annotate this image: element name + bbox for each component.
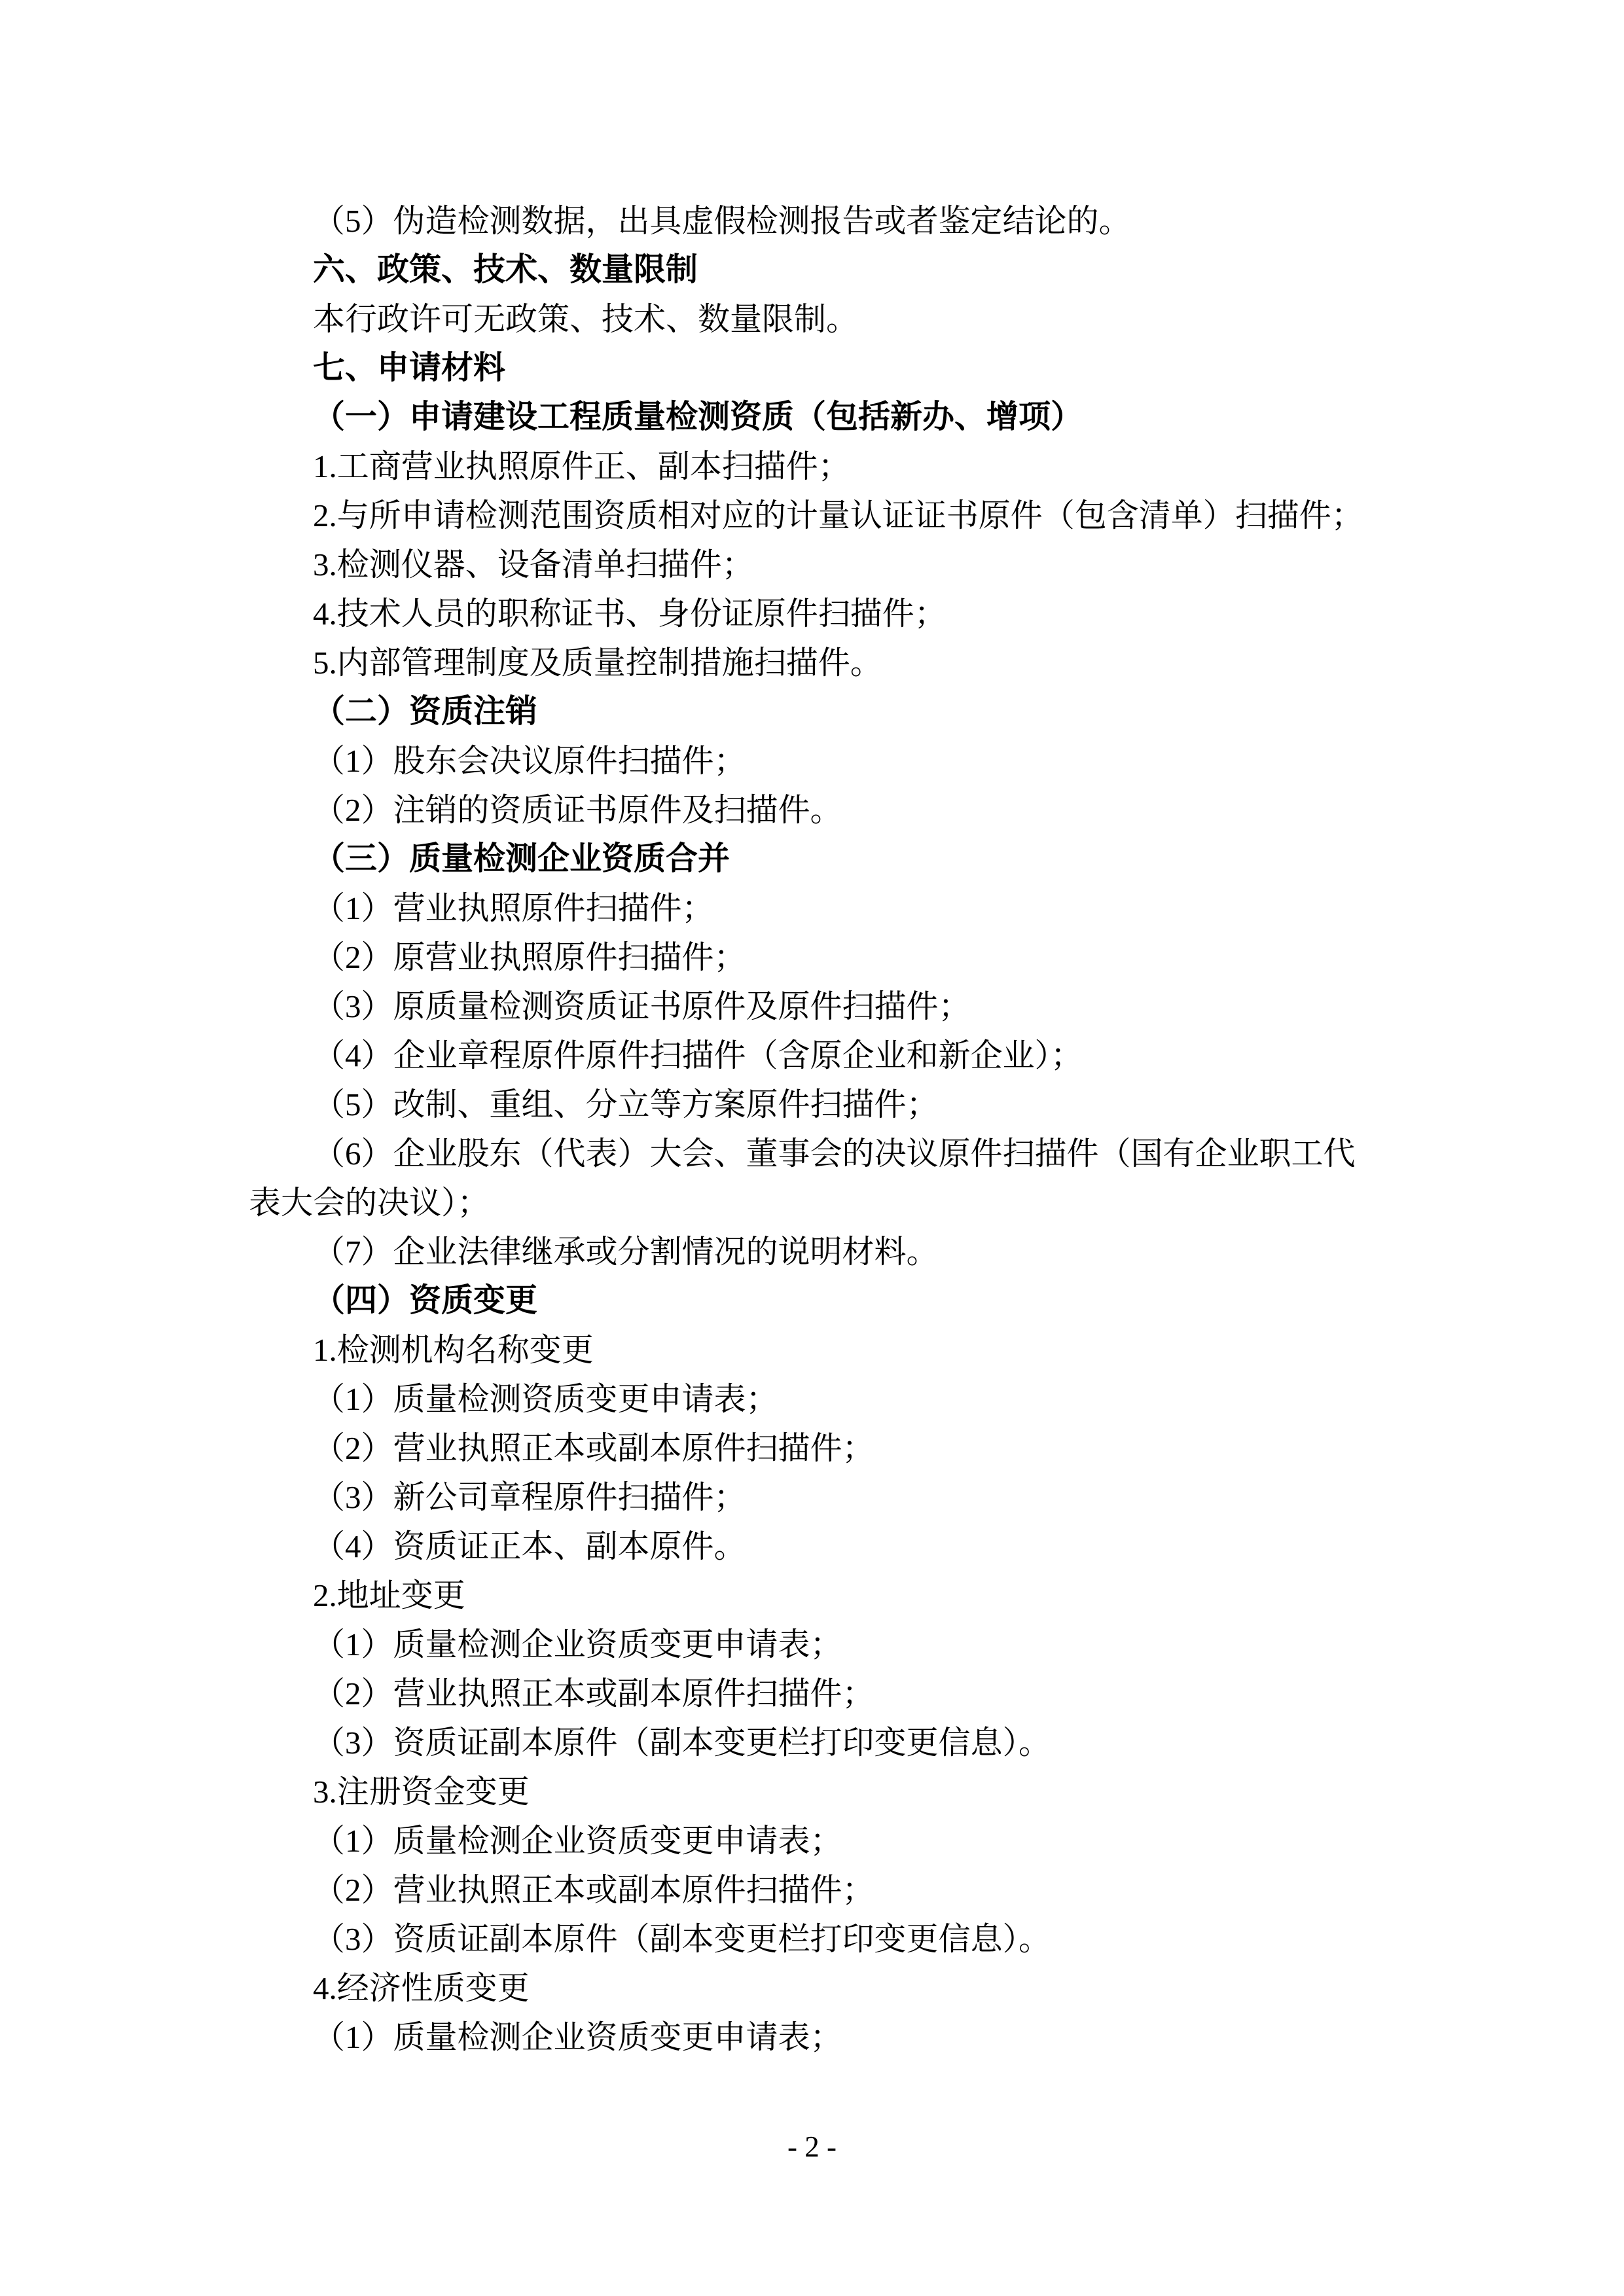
- heading-line: （二）资质注销: [249, 687, 1381, 736]
- paragraph-line: （2）营业执照正本或副本原件扫描件；: [249, 1865, 1381, 1914]
- paragraph-line: （3）原质量检测资质证书原件及原件扫描件；: [249, 982, 1381, 1031]
- heading-line: （三）质量检测企业资质合并: [249, 834, 1381, 884]
- paragraph-line: （1）质量检测资质变更申请表；: [249, 1374, 1381, 1424]
- paragraph-line: 表大会的决议）；: [249, 1178, 1381, 1227]
- paragraph-line: （5）伪造检测数据，出具虚假检测报告或者鉴定结论的。: [249, 196, 1381, 245]
- heading-line: （四）资质变更: [249, 1276, 1381, 1325]
- paragraph-line: 5.内部管理制度及质量控制措施扫描件。: [249, 638, 1381, 687]
- heading-line: 六、政策、技术、数量限制: [249, 245, 1381, 295]
- paragraph-line: （2）营业执照正本或副本原件扫描件；: [249, 1669, 1381, 1718]
- paragraph-line: （3）资质证副本原件（副本变更栏打印变更信息）。: [249, 1914, 1381, 1964]
- paragraph-line: （7）企业法律继承或分割情况的说明材料。: [249, 1227, 1381, 1276]
- document-body: （5）伪造检测数据，出具虚假检测报告或者鉴定结论的。六、政策、技术、数量限制本行…: [249, 196, 1381, 2062]
- paragraph-line: （2）营业执照正本或副本原件扫描件；: [249, 1424, 1381, 1473]
- paragraph-line: 本行政许可无政策、技术、数量限制。: [249, 295, 1381, 344]
- paragraph-line: （1）股东会决议原件扫描件；: [249, 736, 1381, 785]
- paragraph-line: （4）企业章程原件原件扫描件（含原企业和新企业）；: [249, 1031, 1381, 1080]
- paragraph-line: 1.检测机构名称变更: [249, 1325, 1381, 1374]
- paragraph-line: 1.工商营业执照原件正、副本扫描件；: [249, 442, 1381, 491]
- paragraph-line: （1）质量检测企业资质变更申请表；: [249, 1816, 1381, 1865]
- paragraph-line: （5）改制、重组、分立等方案原件扫描件；: [249, 1080, 1381, 1129]
- heading-line: 七、申请材料: [249, 344, 1381, 393]
- paragraph-line: （3）新公司章程原件扫描件；: [249, 1473, 1381, 1522]
- paragraph-line: （1）质量检测企业资质变更申请表；: [249, 1620, 1381, 1669]
- paragraph-line: 3.注册资金变更: [249, 1767, 1381, 1816]
- page-number: - 2 -: [0, 2123, 1624, 2172]
- paragraph-line: 2.与所申请检测范围资质相对应的计量认证证书原件（包含清单）扫描件；: [249, 491, 1381, 540]
- paragraph-line: 4.技术人员的职称证书、身份证原件扫描件；: [249, 589, 1381, 638]
- heading-line: （一）申请建设工程质量检测资质（包括新办、增项）: [249, 393, 1381, 442]
- paragraph-line: （1）质量检测企业资质变更申请表；: [249, 2013, 1381, 2062]
- paragraph-line: 4.经济性质变更: [249, 1964, 1381, 2013]
- paragraph-line: 2.地址变更: [249, 1571, 1381, 1620]
- document-page: （5）伪造检测数据，出具虚假检测报告或者鉴定结论的。六、政策、技术、数量限制本行…: [0, 0, 1624, 2296]
- paragraph-line: （3）资质证副本原件（副本变更栏打印变更信息）。: [249, 1718, 1381, 1767]
- paragraph-line: （2）原营业执照原件扫描件；: [249, 933, 1381, 982]
- paragraph-line: （2）注销的资质证书原件及扫描件。: [249, 785, 1381, 834]
- paragraph-line: （1）营业执照原件扫描件；: [249, 884, 1381, 933]
- paragraph-line: 3.检测仪器、设备清单扫描件；: [249, 540, 1381, 589]
- paragraph-line: （6）企业股东（代表）大会、董事会的决议原件扫描件（国有企业职工代: [249, 1129, 1381, 1178]
- paragraph-line: （4）资质证正本、副本原件。: [249, 1522, 1381, 1571]
